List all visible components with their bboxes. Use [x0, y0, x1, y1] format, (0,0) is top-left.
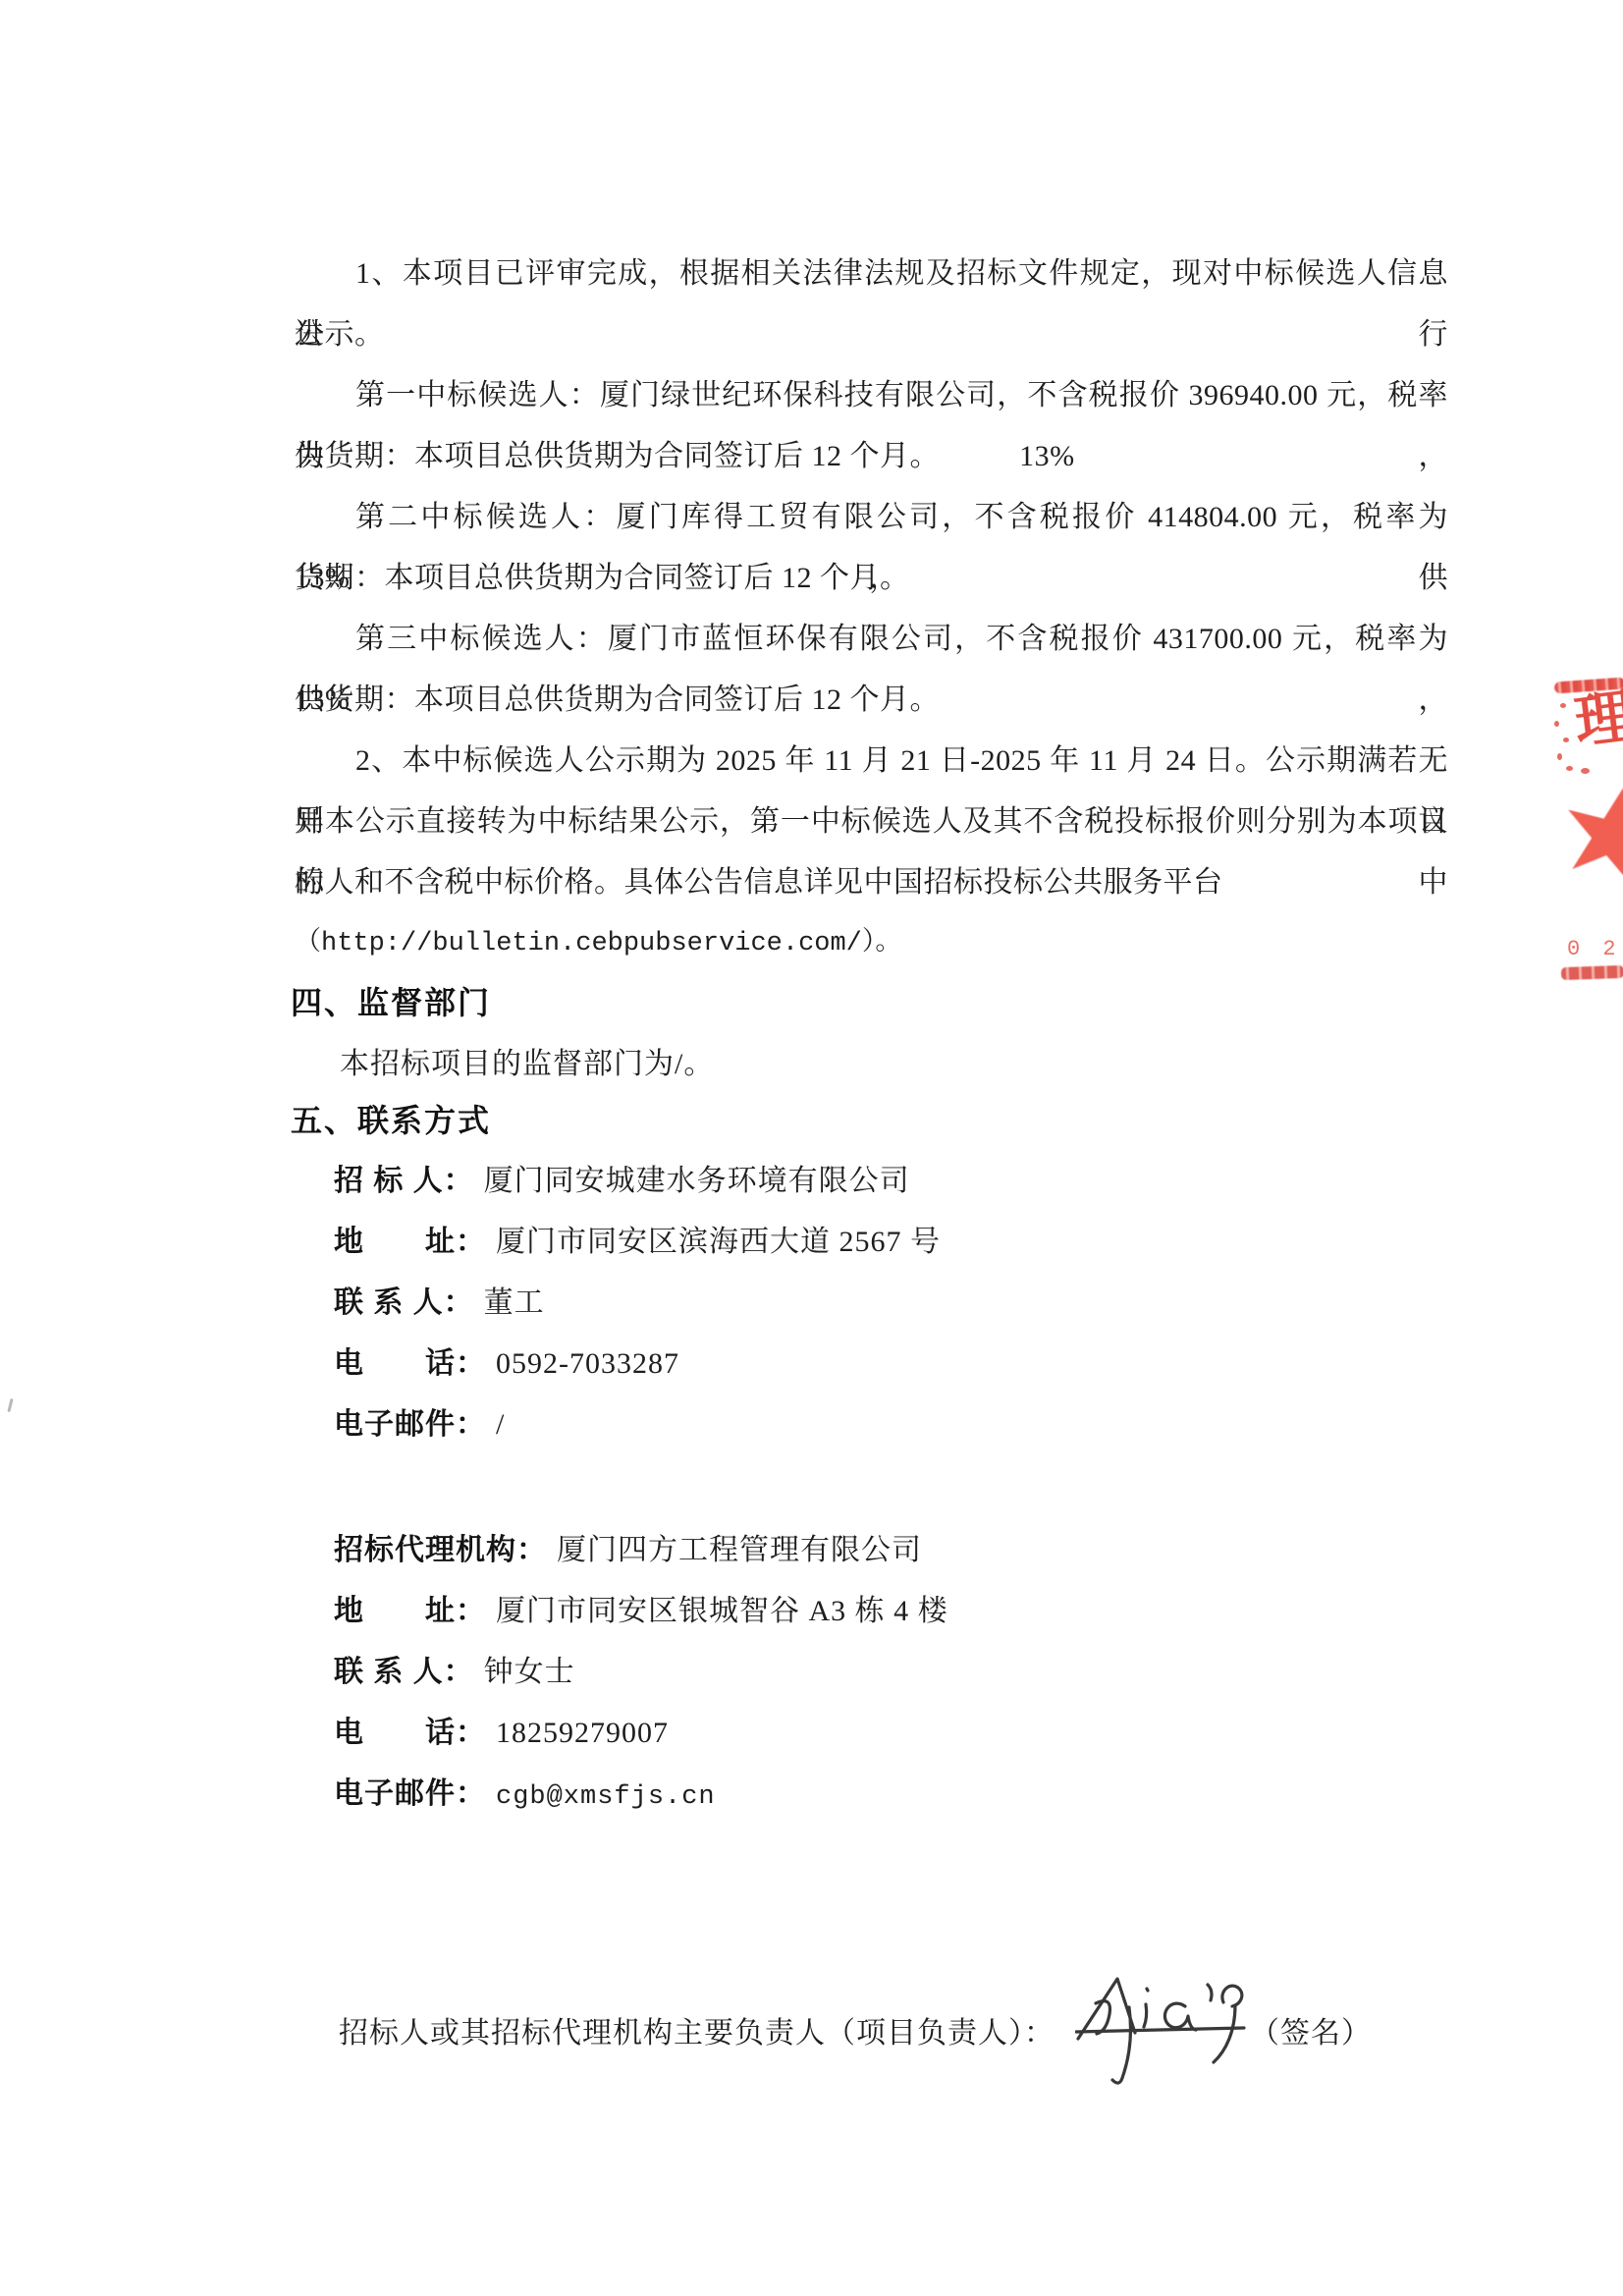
contact-line-tenderer-person: 联 系 人：董工	[334, 1273, 941, 1334]
field-value: 厦门同安城建水务环境有限公司	[474, 1165, 910, 1197]
field-label: 招标代理机构：	[334, 1534, 547, 1566]
body-line-url: （http://bulletin.cebpubservice.com/）。	[295, 913, 1448, 974]
contact-line-tenderer-address: 地 址：厦门市同安区滨海西大道 2567 号	[334, 1212, 941, 1273]
field-label: 电子邮件：	[334, 1777, 486, 1810]
stamp-speck	[1557, 753, 1562, 760]
contact-line-agency-email: 电子邮件：cgb@xmsfjs.cn	[334, 1764, 948, 1825]
stamp-speck	[1563, 738, 1569, 742]
contact-line-tenderer-phone: 电 话：0592-7033287	[334, 1334, 941, 1394]
field-value: 厦门四方工程管理有限公司	[547, 1534, 922, 1566]
stamp-star-icon: ★	[1542, 760, 1623, 909]
field-label: 联 系 人：	[334, 1286, 474, 1319]
field-value: /	[486, 1408, 505, 1441]
stamp-speck	[1560, 703, 1566, 708]
field-label: 电 话：	[334, 1717, 486, 1749]
field-label: 电 话：	[334, 1347, 486, 1380]
handwritten-signature	[1075, 1976, 1257, 2102]
announcement-body: 1、本项目已评审完成，根据相关法律法规及招标文件规定，现对中标候选人信息进行 公…	[295, 244, 1448, 974]
field-value: 厦门市同安区滨海西大道 2567 号	[486, 1226, 941, 1258]
field-label: 电子邮件：	[334, 1408, 486, 1441]
field-value: 钟女士	[474, 1656, 575, 1688]
field-label: 招 标 人：	[334, 1165, 474, 1197]
contact-line-agency-name: 招标代理机构：厦门四方工程管理有限公司	[334, 1520, 948, 1581]
field-label: 联 系 人：	[334, 1656, 474, 1688]
scanned-document-page: 1、本项目已评审完成，根据相关法律法规及招标文件规定，现对中标候选人信息进行 公…	[0, 0, 1623, 2296]
contact-line-agency-address: 地 址：厦门市同安区银城智谷 A3 栋 4 楼	[334, 1581, 948, 1642]
field-value: cgb@xmsfjs.cn	[486, 1782, 716, 1812]
field-value: 董工	[474, 1286, 545, 1319]
field-value: 厦门市同安区银城智谷 A3 栋 4 楼	[486, 1595, 948, 1627]
contact-line-agency-phone: 电 话：18259279007	[334, 1703, 948, 1764]
body-line: 第三中标候选人：厦门市蓝恒环保有限公司，不含税报价 431700.00 元，税率…	[295, 609, 1448, 670]
field-label: 地 址：	[334, 1226, 486, 1258]
stamp-character: 理	[1571, 684, 1623, 756]
section-heading-supervision: 四、监督部门	[291, 978, 491, 1023]
stamp-digits: 0 2 1	[1567, 937, 1623, 961]
supervision-body: 本招标项目的监督部门为/。	[340, 1039, 714, 1082]
field-value: 18259279007	[486, 1717, 669, 1749]
field-value: 0592-7033287	[486, 1347, 679, 1380]
body-line: 则本公示直接转为中标结果公示，第一中标候选人及其不含税投标报价则分别为本项目的中	[295, 792, 1448, 852]
agency-contact-block: 招标代理机构：厦门四方工程管理有限公司 地 址：厦门市同安区银城智谷 A3 栋 …	[334, 1520, 948, 1825]
section-heading-contact: 五、联系方式	[291, 1096, 491, 1141]
scan-speck	[7, 1398, 13, 1412]
body-line: 2、本中标候选人公示期为 2025 年 11 月 21 日-2025 年 11 …	[295, 731, 1448, 792]
tenderer-contact-block: 招 标 人：厦门同安城建水务环境有限公司 地 址：厦门市同安区滨海西大道 256…	[334, 1151, 941, 1455]
stamp-speck	[1554, 721, 1559, 727]
contact-line-tenderer-email: 电子邮件：/	[334, 1394, 941, 1455]
signature-line-label: 招标人或其招标代理机构主要负责人（项目负责人）：	[339, 2008, 1055, 2051]
signature-suffix: （签名）	[1250, 2008, 1372, 2051]
body-line: 1、本项目已评审完成，根据相关法律法规及招标文件规定，现对中标候选人信息进行	[295, 244, 1448, 304]
contact-line-agency-person: 联 系 人：钟女士	[334, 1642, 948, 1703]
stamp-edge-smudge-lower	[1561, 965, 1623, 980]
contact-line-tenderer-name: 招 标 人：厦门同安城建水务环境有限公司	[334, 1151, 941, 1212]
body-line: 第一中标候选人：厦门绿世纪环保科技有限公司，不含税报价 396940.00 元，…	[295, 365, 1448, 426]
field-label: 地 址：	[334, 1595, 486, 1627]
body-line: 第二中标候选人：厦门库得工贸有限公司，不含税报价 414804.00 元，税率为…	[295, 487, 1448, 548]
